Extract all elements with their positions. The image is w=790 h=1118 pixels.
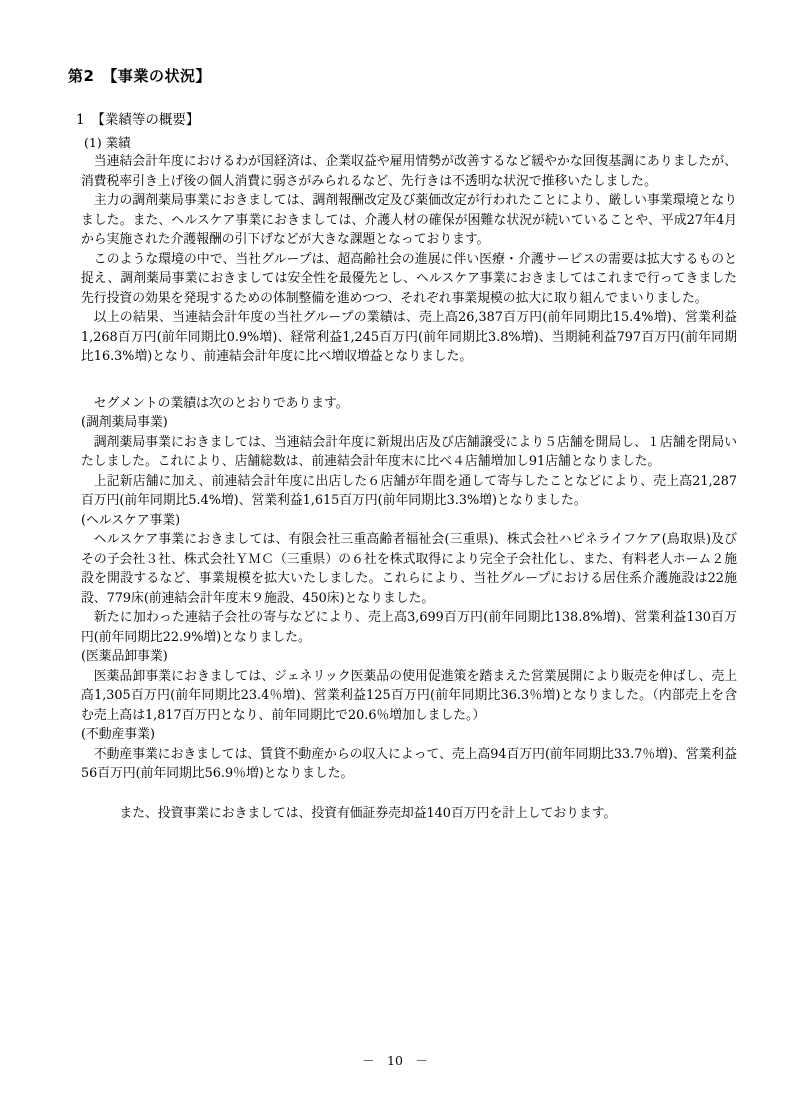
segment-heading-pharmacy: (調剤薬局事業) [81, 413, 737, 433]
paragraph-healthcare-results: 新たに加わった連結子会社の寄与などにより、売上高3,699百万円(前年同期比13… [81, 608, 737, 647]
paragraph-group-strategy: このような環境の中で、当社グループは、超高齢社会の進展に伴い医療・介護サービスの… [81, 250, 737, 309]
document-page: 第2 【事業の状況】 1 【業績等の概要】 (1) 業績 当連結会計年度における… [0, 0, 790, 1118]
paragraph-pharmacy-results: 上記新店舗に加え、前連結会計年度に出店した６店舗が年間を通して寄与したことなどに… [81, 472, 737, 511]
segment-heading-healthcare: (ヘルスケア事業) [81, 511, 737, 531]
paragraph-pharmacy-stores: 調剤薬局事業におきましては、当連結会計年度に新規出店及び店舗譲受により５店舗を開… [81, 433, 737, 472]
document-content: 第2 【事業の状況】 1 【業績等の概要】 (1) 業績 当連結会計年度における… [68, 66, 740, 823]
paragraph-consolidated-results: 以上の結果、当連結会計年度の当社グループの業績は、売上高26,387百万円(前年… [81, 308, 737, 367]
body-text: 当連結会計年度におけるわが国経済は、企業収益や雇用情勢が改善するなど緩やかな回復… [81, 152, 737, 823]
subsection-heading: 1 【業績等の概要】 [76, 111, 740, 130]
paragraph-segment-intro: セグメントの業績は次のとおりであります。 [81, 394, 737, 414]
paragraph-healthcare-expansion: ヘルスケア事業におきましては、有限会社三重高齢者福祉会(三重県)、株式会社ハピネ… [81, 530, 737, 608]
segment-heading-realestate: (不動産事業) [81, 725, 737, 745]
paragraph-economy-overview: 当連結会計年度におけるわが国経済は、企業収益や雇用情勢が改善するなど緩やかな回復… [81, 152, 737, 191]
paragraph-realestate-results: 不動産事業におきましては、賃貸不動産からの収入によって、売上高94百万円(前年同… [81, 745, 737, 784]
segment-heading-wholesale: (医薬品卸事業) [81, 647, 737, 667]
page-number: － 10 － [0, 1051, 790, 1070]
paragraph-investment-note: また、投資事業におきましては、投資有価証券売却益140百万円を計上しております。 [81, 804, 737, 824]
section-heading: 第2 【事業の状況】 [68, 66, 740, 86]
paragraph-business-environment: 主力の調剤薬局事業におきましては、調剤報酬改定及び薬価改定が行われたことにより、… [81, 191, 737, 250]
paragraph-wholesale-results: 医薬品卸事業におきましては、ジェネリック医薬品の使用促進策を踏まえた営業展開によ… [81, 667, 737, 726]
item-heading: (1) 業績 [84, 133, 740, 152]
